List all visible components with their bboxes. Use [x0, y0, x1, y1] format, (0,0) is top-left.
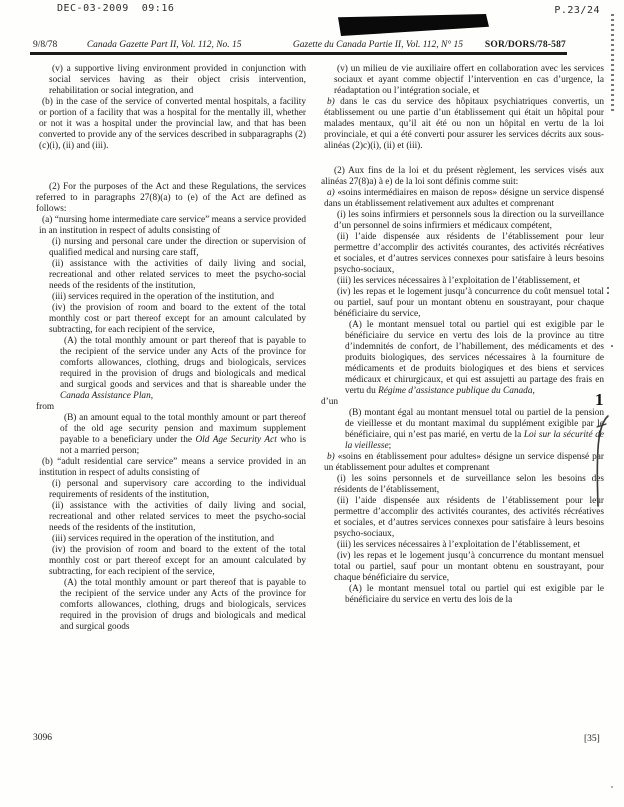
- paragraph-fr-13: (i) les soins personnels et de surveilla…: [334, 474, 604, 496]
- paragraph-fr-16: (iv) les repas et le logement jusqu’à co…: [334, 551, 604, 584]
- paragraph-fr-12: b) «soins en établissement pour adultes»…: [324, 452, 604, 474]
- paragraph-fr-7: (iii) les services nécessaires à l’explo…: [334, 276, 604, 287]
- paragraph-en-3: (2) For the purposes of the Act and thes…: [36, 182, 306, 215]
- paragraph-en-1: (v) a supportive living environment prov…: [49, 64, 306, 97]
- paragraph-fr-9: (A) le montant mensuel total ou partiel …: [345, 320, 604, 397]
- body-columns: (v) a supportive living environment prov…: [36, 64, 604, 633]
- journal-title-fr: Gazette du Canada Partie II, Vol. 112, N…: [271, 40, 485, 50]
- journal-header: 9/8/78 Canada Gazette Part II, Vol. 112,…: [33, 40, 566, 50]
- journal-title-en: Canada Gazette Part II, Vol. 112, No. 15: [57, 40, 271, 50]
- paragraph-fr-17: (A) le montant mensuel total ou partiel …: [345, 584, 604, 606]
- margin-handwritten-number: 1: [595, 390, 604, 410]
- header-rule: [30, 52, 567, 55]
- paragraph-en-16: (iv) the provision of room and board to …: [49, 545, 306, 578]
- scan-speck: [611, 786, 613, 788]
- paragraph-fr-11: (B) montant égal au montant mensuel tota…: [345, 408, 604, 452]
- paragraph-fr-3: (2) Aux fins de la loi et du présent règ…: [321, 166, 604, 188]
- column-french: (v) un milieu de vie auxiliaire offert e…: [321, 64, 604, 633]
- scanned-fax-page: DEC-03-2009 09:16 P.23/24 9/8/78 Canada …: [0, 0, 624, 807]
- fax-page-counter: P.23/24: [554, 5, 600, 16]
- paragraph-fr-5: (i) les soins infirmiers et personnels s…: [334, 210, 604, 232]
- paragraph-en-14: (ii) assistance with the activities of d…: [49, 501, 306, 534]
- paragraph-fr-2: b) dans le cas du service des hôpitaux p…: [324, 97, 604, 152]
- pen-stroke-mark: [593, 413, 615, 510]
- fax-datetime: DEC-03-2009 09:16: [57, 3, 174, 14]
- paragraph-fr-1: (v) un milieu de vie auxiliaire offert e…: [334, 64, 604, 97]
- paragraph-fr-8: (iv) les repas et le logement jusqu’à co…: [334, 287, 604, 320]
- fax-edge-artifact: [611, 14, 614, 111]
- column-english: (v) a supportive living environment prov…: [36, 64, 306, 633]
- regulation-citation: SOR/DORS/78-587: [485, 40, 566, 50]
- paragraph-en-5: (i) nursing and personal care under the …: [49, 237, 306, 259]
- paragraph-en-10: from: [36, 402, 306, 413]
- paragraph-en-12: (b) “adult residential care service” mea…: [39, 457, 306, 479]
- page-number-left: 3096: [33, 733, 52, 743]
- paragraph-en-9: (A) the total monthly amount or part the…: [60, 336, 306, 402]
- paragraph-fr-4: a) «soins intermédiaires en maison de re…: [324, 188, 604, 210]
- paragraph-fr-14: (ii) l’aide dispensée aux résidents de l…: [334, 496, 604, 540]
- paragraph-en-7: (iii) services required in the operation…: [49, 292, 306, 303]
- redaction-bar: [338, 14, 489, 36]
- paragraph-en-8: (iv) the provision of room and board to …: [49, 303, 306, 336]
- page-number-right: [35]: [584, 734, 600, 744]
- paragraph-en-4: (a) “nursing home intermediate care serv…: [39, 215, 306, 237]
- paragraph-en-13: (i) personal and supervisory care accord…: [49, 479, 306, 501]
- paragraph-en-15: (iii) services required in the operation…: [49, 534, 306, 545]
- paragraph-en-11: (B) an amount equal to the total monthly…: [60, 413, 306, 457]
- paragraph-en-17: (A) the total monthly amount or part the…: [60, 578, 306, 633]
- paragraph-fr-6: (ii) l’aide dispensée aux résidents de l…: [334, 232, 604, 276]
- issue-date: 9/8/78: [33, 40, 57, 50]
- scan-speck: [607, 292, 609, 294]
- paragraph-fr-10: d’un: [321, 397, 604, 408]
- paragraph-fr-15: (iii) les services nécessaires à l’explo…: [334, 540, 604, 551]
- paragraph-en-6: (ii) assistance with the activities of d…: [49, 259, 306, 292]
- scan-speck: [611, 345, 613, 347]
- scan-speck: [607, 287, 609, 289]
- paragraph-en-2: (b) in the case of the service of conver…: [39, 97, 306, 152]
